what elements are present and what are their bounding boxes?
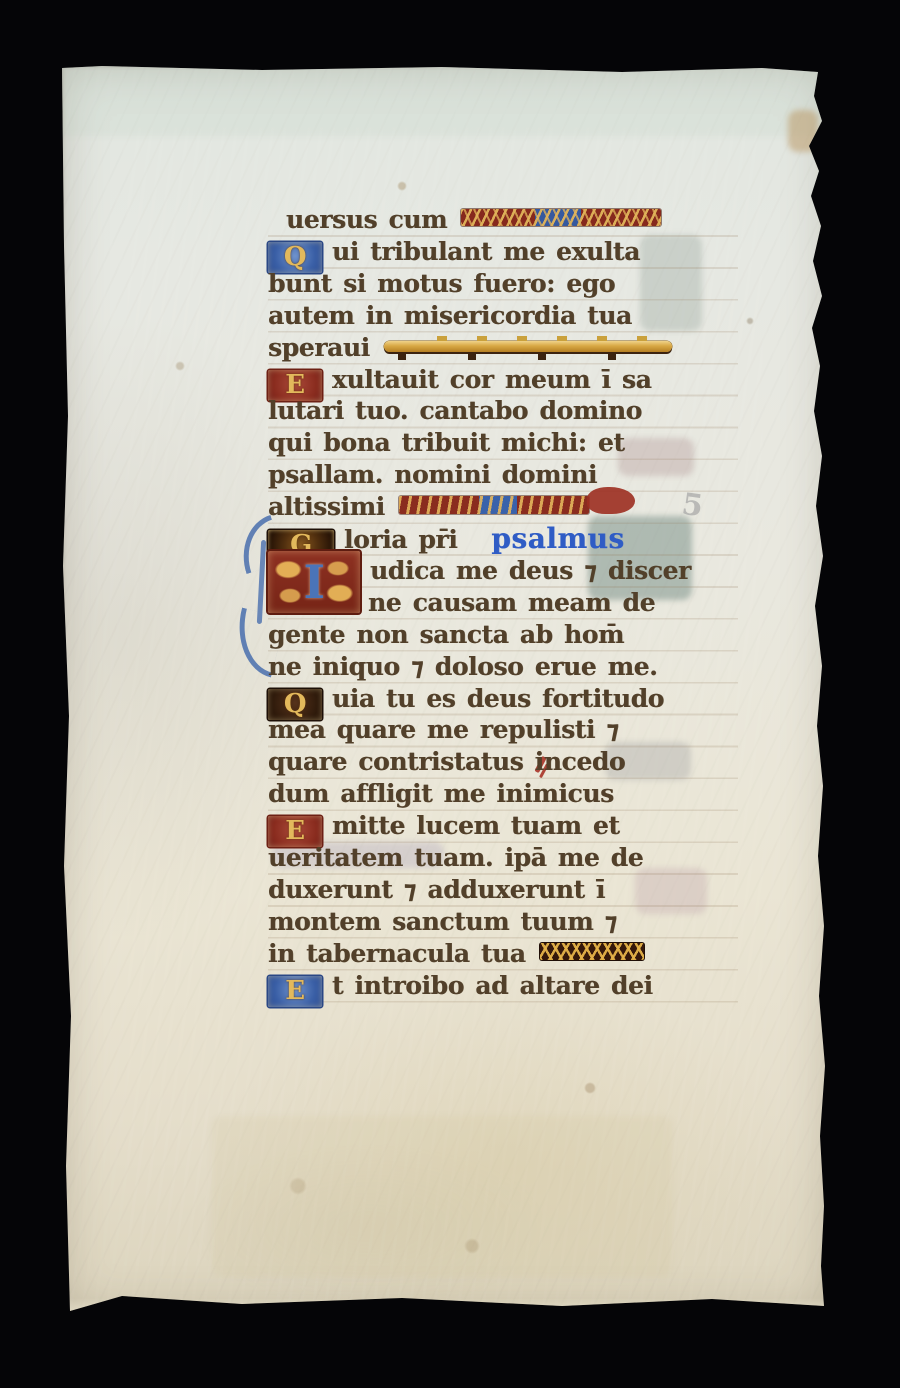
text-line: ueritatem tuam. ipā me de (268, 843, 643, 875)
stain-top-green-band (62, 66, 828, 136)
text-line: montem sanctum tuum ⁊ (268, 907, 617, 939)
verse-text: duxerunt ⁊ adduxerunt ī (268, 875, 605, 904)
verse-text: lutari tuo. cantabo domino (268, 396, 642, 425)
rubric-psalmus: psalmus (491, 522, 624, 555)
text-line: Qui tribulant me exulta (268, 237, 640, 269)
text-line: Quia tu es deus fortitudo (268, 684, 664, 716)
text-line: bunt si motus fuero: ego (268, 269, 615, 301)
text-line: altissimi (268, 492, 589, 524)
text-line: in tabernacula tua (268, 939, 644, 971)
line-filler-ornament-icon (399, 496, 589, 514)
stain-warm-bottom (212, 1116, 672, 1276)
verse-text: xultauit cor meum ī sa (332, 365, 651, 394)
text-line: autem in misericordia tua (268, 301, 632, 333)
text-line: mea quare me repulisti ⁊ (268, 715, 619, 747)
verse-text: ne iniquo ⁊ doloso erue me. (268, 652, 657, 681)
verse-text: mitte lucem tuam et (332, 811, 620, 840)
verse-text: ne causam meam de (368, 588, 655, 617)
text-line: ne iniquo ⁊ doloso erue me. (268, 652, 657, 684)
text-line: duxerunt ⁊ adduxerunt ī (268, 875, 605, 907)
manuscript-leaf: 5 uersus cumQui tribulant me exultabunt … (62, 66, 828, 1314)
verse-text: udica me deus ⁊ discer (370, 556, 691, 585)
verse-text: uia tu es deus fortitudo (332, 684, 664, 713)
line-filler-ornament-icon (540, 943, 644, 960)
verse-text: montem sanctum tuum ⁊ (268, 907, 617, 936)
text-line: Iudica me deus ⁊ discer (268, 556, 691, 588)
verse-text: gente non sancta ab hom̄ (268, 620, 624, 649)
verse-text: quare contristatus incedo (268, 747, 625, 776)
text-line: gente non sancta ab hom̄ (268, 620, 624, 652)
verse-text: bunt si motus fuero: ego (268, 269, 615, 298)
verse-text: loria pr̄i (344, 525, 457, 554)
verse-text: dum affligit me inimicus (268, 779, 614, 808)
text-block: uersus cumQui tribulant me exultabunt si… (268, 205, 738, 1011)
line-filler-ornament-icon (461, 209, 661, 226)
text-line: Et introibo ad altare dei (268, 971, 653, 1003)
verse-text: in tabernacula tua (268, 939, 526, 968)
verse-text: speraui (268, 333, 370, 362)
text-line: dum affligit me inimicus (268, 779, 614, 811)
verse-text: altissimi (268, 492, 385, 521)
text-line: Emitte lucem tuam et (268, 811, 620, 843)
text-line: lutari tuo. cantabo domino (268, 396, 642, 428)
verse-text: t introibo ad altare dei (332, 971, 653, 1000)
text-line: psallam. nomini domini (268, 460, 597, 492)
verse-text: psallam. nomini domini (268, 460, 597, 489)
verse-text: qui bona tribuit michi: et (268, 428, 625, 457)
verse-text: mea quare me repulisti ⁊ (268, 715, 619, 744)
text-line: qui bona tribuit michi: et (268, 428, 625, 460)
text-line: Exultauit cor meum ī sa (268, 365, 651, 397)
text-line: quare contristatus incedo (268, 747, 625, 779)
verse-text: uersus cum (286, 205, 447, 234)
verse-text: ui tribulant me exulta (332, 237, 640, 266)
text-line: speraui (268, 333, 672, 365)
illuminated-initial: E (268, 976, 322, 1007)
text-line: ne causam meam de (268, 588, 655, 620)
verse-text: autem in misericordia tua (268, 301, 632, 330)
text-line: uersus cum (268, 205, 661, 237)
stain-brown-edge (788, 110, 818, 152)
photo-backdrop: 5 uersus cumQui tribulant me exultabunt … (0, 0, 900, 1388)
line-filler-ornament-icon (384, 341, 672, 352)
verse-text: ueritatem tuam. ipā me de (268, 843, 643, 872)
